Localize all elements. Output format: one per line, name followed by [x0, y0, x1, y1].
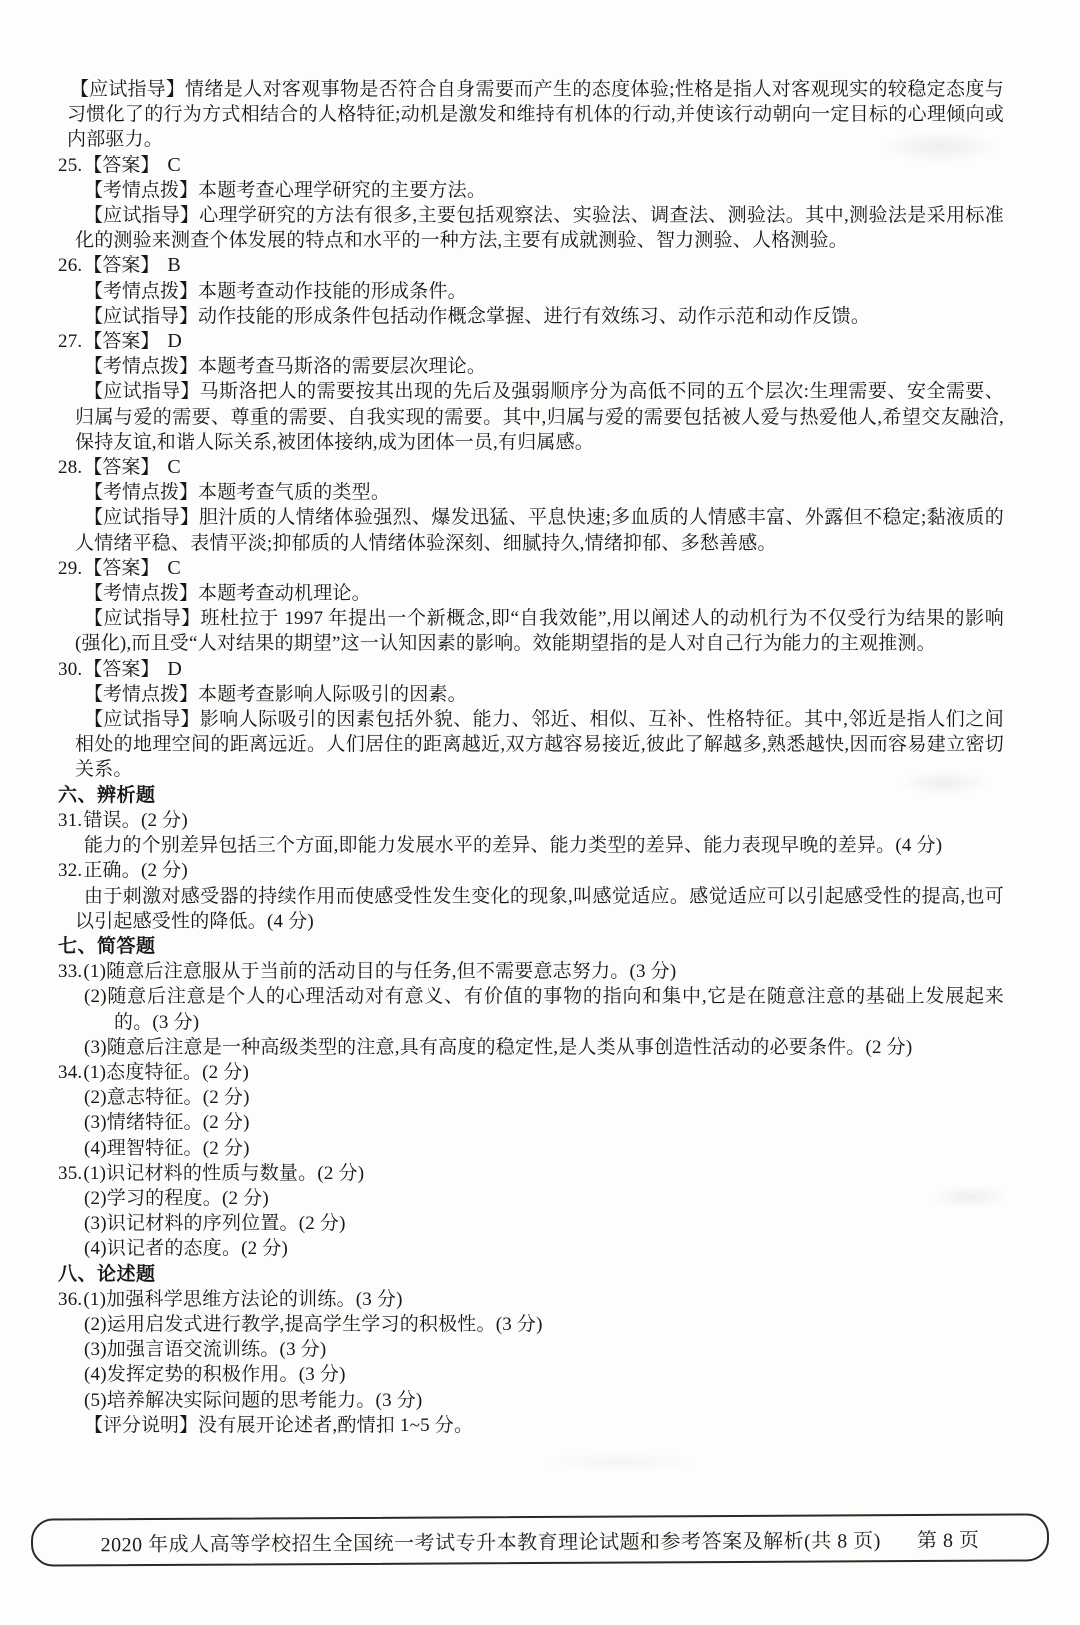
guide-label: 【应试指导】 [84, 709, 200, 730]
scoring-label: 【评分说明】 [84, 1415, 198, 1436]
points-line: 【考情点拨】本题考查动作技能的形成条件。 [58, 279, 1004, 304]
points-text: 本题考查动机理论。 [198, 583, 371, 604]
points-line: 【考情点拨】本题考查心理学研究的主要方法。 [58, 178, 1004, 203]
answer-value: D [167, 330, 182, 352]
guide-text: 情绪是人对客观事物是否符合自身需要而产生的态度体验;性格是指人对客观现实的较稳定… [67, 79, 1004, 150]
answer-line: 29.【答案】C [58, 556, 1004, 581]
answer-item-29: 29.【答案】C 【考情点拨】本题考查动机理论。 【应试指导】班杜拉于 1997… [58, 556, 1004, 657]
answer-part-line: 34.(1)态度特征。(2 分) [58, 1060, 1004, 1085]
points-text: 本题考查影响人际吸引的因素。 [198, 684, 467, 705]
jianda-item-33: 33.(1)随意后注意服从于当前的活动目的与任务,但不需要意志努力。(3 分) … [58, 959, 1004, 1060]
answer-line: 28.【答案】C [58, 455, 1004, 480]
points-label: 【考情点拨】 [84, 583, 198, 604]
item-number: 36. [58, 1289, 83, 1310]
guide-text: 动作技能的形成条件包括动作概念掌握、进行有效练习、动作示范和动作反馈。 [198, 306, 870, 327]
verdict-text: 正确。(2 分) [83, 860, 188, 881]
part-text: (1)加强科学思维方法论的训练。(3 分) [83, 1289, 402, 1310]
item-number: 31. [58, 810, 83, 831]
answer-item-30: 30.【答案】D 【考情点拨】本题考查影响人际吸引的因素。 【应试指导】影响人际… [58, 657, 1004, 783]
part-text: (3)加强言语交流训练。(3 分) [58, 1337, 1004, 1362]
scan-artifact [540, 1452, 700, 1472]
bianxi-item-32: 32.正确。(2 分) 由于刺激对感受器的持续作用而使感受性发生变化的现象,叫感… [58, 858, 1004, 934]
guide-paragraph: 【应试指导】胆汁质的人情绪体验强烈、爆发迅猛、平息快速;多血质的人情感丰富、外露… [58, 505, 1004, 555]
guide-paragraph: 【应试指导】动作技能的形成条件包括动作概念掌握、进行有效练习、动作示范和动作反馈… [58, 304, 1004, 329]
part-text: (2)意志特征。(2 分) [58, 1085, 1004, 1110]
part-text: (2)运用启发式进行教学,提高学生学习的积极性。(3 分) [58, 1312, 1004, 1337]
part-text: (1)态度特征。(2 分) [83, 1062, 249, 1083]
guide-label: 【应试指导】 [84, 608, 201, 629]
scanned-exam-answer-page: 【应试指导】情绪是人对客观事物是否符合自身需要而产生的态度体验;性格是指人对客观… [0, 0, 1080, 1625]
points-text: 本题考查马斯洛的需要层次理论。 [198, 356, 486, 377]
points-label: 【考情点拨】 [84, 180, 198, 201]
jianda-item-34: 34.(1)态度特征。(2 分) (2)意志特征。(2 分) (3)情绪特征。(… [58, 1060, 1004, 1161]
footer-page-number: 第 8 页 [917, 1523, 980, 1552]
guide-text: 影响人际吸引的因素包括外貌、能力、邻近、相似、互补、性格特征。其中,邻近是指人们… [75, 709, 1004, 780]
answer-line: 27.【答案】D [58, 329, 1004, 354]
guide-label: 【应试指导】 [84, 205, 199, 226]
verdict-line: 32.正确。(2 分) [58, 858, 1004, 883]
points-label: 【考情点拨】 [84, 684, 198, 705]
points-line: 【考情点拨】本题考查马斯洛的需要层次理论。 [58, 354, 1004, 379]
answer-item-27: 27.【答案】D 【考情点拨】本题考查马斯洛的需要层次理论。 【应试指导】马斯洛… [58, 329, 1004, 455]
answer-value: B [167, 254, 181, 276]
document-content: 【应试指导】情绪是人对客观事物是否符合自身需要而产生的态度体验;性格是指人对客观… [58, 77, 1004, 1438]
points-label: 【考情点拨】 [84, 482, 198, 503]
points-label: 【考情点拨】 [84, 356, 198, 377]
verdict-text: 错误。(2 分) [83, 810, 188, 831]
section-title-jianda: 七、简答题 [58, 934, 1004, 959]
section-title-bianxi: 六、辨析题 [58, 783, 1004, 808]
points-label: 【考情点拨】 [84, 281, 198, 302]
answer-item-26: 26.【答案】B 【考情点拨】本题考查动作技能的形成条件。 【应试指导】动作技能… [58, 253, 1004, 329]
explanation-text: 由于刺激对感受器的持续作用而使感受性发生变化的现象,叫感觉适应。感觉适应可以引起… [58, 884, 1004, 934]
part-text: (3)随意后注意是一种高级类型的注意,具有高度的稳定性,是人类从事创造性活动的必… [58, 1035, 1004, 1060]
answer-label: 【答案】 [83, 331, 159, 352]
answer-part-line: 33.(1)随意后注意服从于当前的活动目的与任务,但不需要意志努力。(3 分) [58, 959, 1004, 984]
points-line: 【考情点拨】本题考查动机理论。 [58, 581, 1004, 606]
answer-label: 【答案】 [83, 155, 159, 176]
item-number: 35. [58, 1163, 83, 1184]
guide-label: 【应试指导】 [84, 381, 200, 402]
part-text: (3)情绪特征。(2 分) [58, 1110, 1004, 1135]
answer-value: C [167, 557, 181, 579]
answer-part-line: 35.(1)识记材料的性质与数量。(2 分) [58, 1161, 1004, 1186]
answer-line: 26.【答案】B [58, 253, 1004, 278]
answer-line: 30.【答案】D [58, 657, 1004, 682]
part-text: (3)识记材料的序列位置。(2 分) [58, 1211, 1004, 1236]
section-title-lunshu: 八、论述题 [58, 1262, 1004, 1287]
item-number: 25. [58, 155, 83, 176]
explanation-text: 能力的个别差异包括三个方面,即能力发展水平的差异、能力类型的差异、能力表现早晚的… [58, 833, 1004, 858]
answer-label: 【答案】 [83, 457, 159, 478]
item-number: 26. [58, 255, 83, 276]
answer-part-line: 36.(1)加强科学思维方法论的训练。(3 分) [58, 1287, 1004, 1312]
points-line: 【考情点拨】本题考查影响人际吸引的因素。 [58, 682, 1004, 707]
guide-text: 马斯洛把人的需要按其出现的先后及强弱顺序分为高低不同的五个层次:生理需要、安全需… [75, 381, 1004, 452]
lunshu-item-36: 36.(1)加强科学思维方法论的训练。(3 分) (2)运用启发式进行教学,提高… [58, 1287, 1004, 1438]
guide-paragraph: 【应试指导】影响人际吸引的因素包括外貌、能力、邻近、相似、互补、性格特征。其中,… [58, 707, 1004, 783]
answer-label: 【答案】 [83, 558, 159, 579]
guide-text: 班杜拉于 1997 年提出一个新概念,即“自我效能”,用以阐述人的动机行为不仅受… [75, 608, 1004, 654]
part-text: (4)发挥定势的积极作用。(3 分) [58, 1362, 1004, 1387]
verdict-line: 31.错误。(2 分) [58, 808, 1004, 833]
part-text: (1)随意后注意服从于当前的活动目的与任务,但不需要意志努力。(3 分) [83, 961, 676, 982]
footer-title: 2020 年成人高等学校招生全国统一考试专升本教育理论试题和参考答案及解析(共 … [101, 1524, 881, 1557]
points-text: 本题考查心理学研究的主要方法。 [198, 180, 486, 201]
answer-item-28: 28.【答案】C 【考情点拨】本题考查气质的类型。 【应试指导】胆汁质的人情绪体… [58, 455, 1004, 556]
guide-paragraph-continuation: 【应试指导】情绪是人对客观事物是否符合自身需要而产生的态度体验;性格是指人对客观… [58, 77, 1004, 153]
jianda-item-35: 35.(1)识记材料的性质与数量。(2 分) (2)学习的程度。(2 分) (3… [58, 1161, 1004, 1262]
guide-paragraph: 【应试指导】马斯洛把人的需要按其出现的先后及强弱顺序分为高低不同的五个层次:生理… [58, 379, 1004, 455]
scoring-text: 没有展开论述者,酌情扣 1~5 分。 [198, 1415, 473, 1436]
points-text: 本题考查气质的类型。 [198, 482, 390, 503]
answer-item-25: 25.【答案】C 【考情点拨】本题考查心理学研究的主要方法。 【应试指导】心理学… [58, 153, 1004, 254]
answer-line: 25.【答案】C [58, 153, 1004, 178]
answer-label: 【答案】 [83, 255, 159, 276]
part-text: (5)培养解决实际问题的思考能力。(3 分) [58, 1388, 1004, 1413]
scoring-note-line: 【评分说明】没有展开论述者,酌情扣 1~5 分。 [58, 1413, 1004, 1438]
guide-text: 胆汁质的人情绪体验强烈、爆发迅猛、平息快速;多血质的人情感丰富、外露但不稳定;黏… [75, 507, 1004, 553]
part-text: (4)理智特征。(2 分) [58, 1136, 1004, 1161]
item-number: 30. [58, 659, 83, 680]
item-number: 27. [58, 331, 83, 352]
item-number: 29. [58, 558, 83, 579]
points-text: 本题考查动作技能的形成条件。 [198, 281, 467, 302]
answer-value: D [167, 658, 182, 680]
guide-label: 【应试指导】 [84, 306, 198, 327]
part-text: (2)随意后注意是个人的心理活动对有意义、有价值的事物的指向和集中,它是在随意注… [58, 984, 1004, 1034]
guide-text: 心理学研究的方法有很多,主要包括观察法、实验法、调查法、测验法。其中,测验法是采… [75, 205, 1004, 251]
part-text: (4)识记者的态度。(2 分) [58, 1236, 1004, 1261]
bianxi-item-31: 31.错误。(2 分) 能力的个别差异包括三个方面,即能力发展水平的差异、能力类… [58, 808, 1004, 858]
guide-label: 【应试指导】 [70, 79, 185, 100]
answer-label: 【答案】 [83, 659, 159, 680]
guide-paragraph: 【应试指导】班杜拉于 1997 年提出一个新概念,即“自我效能”,用以阐述人的动… [58, 606, 1004, 656]
guide-paragraph: 【应试指导】心理学研究的方法有很多,主要包括观察法、实验法、调查法、测验法。其中… [58, 203, 1004, 253]
guide-label: 【应试指导】 [84, 507, 199, 528]
page-footer: 2020 年成人高等学校招生全国统一考试专升本教育理论试题和参考答案及解析(共 … [31, 1513, 1049, 1566]
item-number: 33. [58, 961, 83, 982]
item-number: 34. [58, 1062, 83, 1083]
answer-value: C [167, 154, 181, 176]
part-text: (1)识记材料的性质与数量。(2 分) [83, 1163, 364, 1184]
item-number: 32. [58, 860, 83, 881]
item-number: 28. [58, 457, 83, 478]
answer-value: C [167, 456, 181, 478]
part-text: (2)学习的程度。(2 分) [58, 1186, 1004, 1211]
points-line: 【考情点拨】本题考查气质的类型。 [58, 480, 1004, 505]
